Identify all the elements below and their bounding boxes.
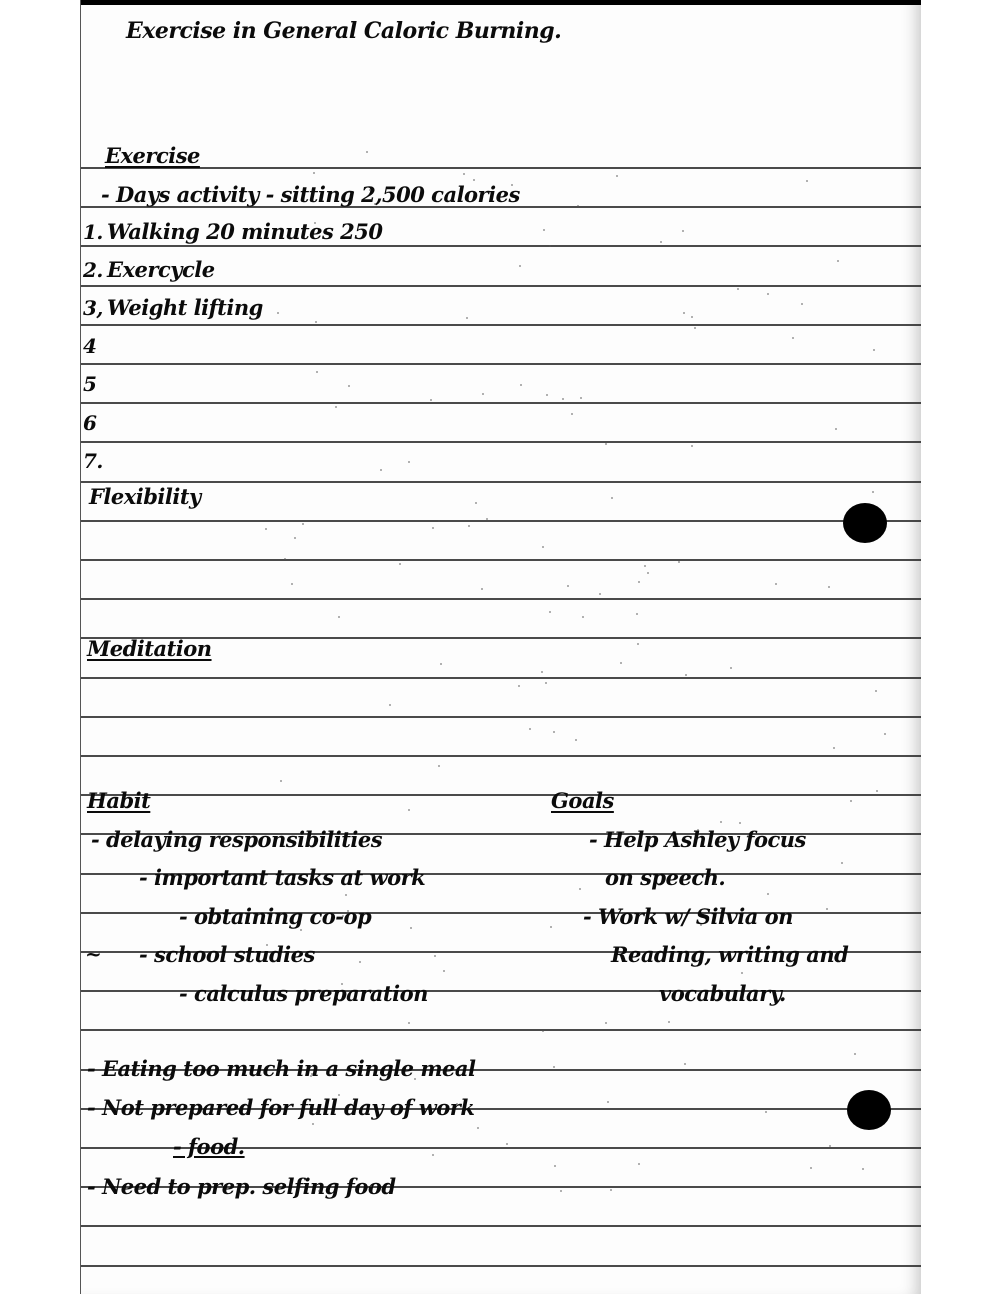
ruled-line [81,245,921,247]
goals-line: - Work w/ Silvia on [583,906,793,927]
speck [408,809,410,811]
speck [473,179,475,181]
speck [582,616,584,618]
speck [829,1145,831,1147]
speck [660,241,662,243]
speck [833,747,835,749]
speck [553,1066,555,1068]
goals-line: on speech. [605,867,725,888]
goals-line: Reading, writing and [611,944,848,965]
speck [475,502,477,504]
ruled-line [81,677,921,679]
speck [438,765,440,767]
speck [730,667,732,669]
speck [873,349,875,351]
page-title: Exercise in General Caloric Burning. [126,20,561,42]
speck [697,829,699,831]
speck [294,537,296,539]
speck [694,327,696,329]
speck [684,1063,686,1065]
ruled-line [81,559,921,561]
speck [691,445,693,447]
speck [835,428,837,430]
speck [700,924,702,926]
speck [884,733,886,735]
ruled-line [81,716,921,718]
speck [440,663,442,665]
speck [300,929,302,931]
exercise-heading: Exercise [105,145,200,166]
speck [683,312,685,314]
daily-activity-line: - Days activity - sitting 2,500 calories [101,184,520,205]
exercise-item-number: 7. [83,451,103,471]
speck [826,908,828,910]
speck [737,288,739,290]
speck [801,303,803,305]
speck [720,821,722,823]
speck [312,1123,314,1125]
speck [434,955,436,957]
speck [837,260,839,262]
speck [607,1101,609,1103]
speck [335,406,337,408]
speck [389,704,391,706]
habit-line: - school studies [139,944,315,965]
speck [620,662,622,664]
exercise-item-weight-lifting: Weight lifting [107,297,263,318]
speck [554,1165,556,1167]
speck [854,1053,856,1055]
speck [560,1190,562,1192]
speck [482,393,484,395]
speck [542,1030,544,1032]
speck [550,926,552,928]
speck [562,398,564,400]
speck [545,682,547,684]
speck [410,927,412,929]
speck [432,527,434,529]
flexibility-heading: Flexibility [89,486,201,507]
ruled-line [81,520,921,522]
speck [685,674,687,676]
speck [542,546,544,548]
exercise-item-number: 2. [83,260,103,280]
speck [610,1189,612,1191]
speck [318,1190,320,1192]
speck [370,1185,372,1187]
exercise-item-number: 6 [83,413,96,433]
speck [747,835,749,837]
speck [456,1103,458,1105]
speck [414,1078,416,1080]
eating-line: - Need to prep. selfing food [87,1176,396,1197]
speck [314,222,316,224]
speck [341,983,343,985]
speck [466,317,468,319]
goals-line: - Help Ashley focus [589,829,806,850]
meditation-heading: Meditation [87,638,212,659]
speck [647,572,649,574]
speck [266,944,268,946]
speck [637,643,639,645]
speck [580,397,582,399]
speck [682,230,684,232]
ruled-line [81,598,921,600]
speck [313,172,315,174]
speck [463,173,465,175]
ruled-line [81,755,921,757]
exercise-item-exercycle: Exercycle [107,259,215,280]
eating-line: - Not prepared for full day of work [87,1097,474,1118]
speck [265,528,267,530]
speck [691,316,693,318]
habit-margin-mark: ~ [85,944,101,964]
notebook-page: Exercise in General Caloric Burning. Exe… [80,0,921,1294]
speck [850,800,852,802]
speck [338,1094,340,1096]
speck [714,883,716,885]
speck [310,1075,312,1077]
scan-top-edge [81,0,921,5]
speck [541,671,543,673]
speck [280,780,282,782]
speck [369,189,371,191]
speck [359,961,361,963]
speck [443,970,445,972]
speck [399,563,401,565]
speck [284,558,286,560]
ruled-line [81,1265,921,1267]
speck [577,205,579,207]
speck [486,518,488,520]
speck [828,586,830,588]
habit-line: - calculus preparation [179,983,428,1004]
speck [342,915,344,917]
speck [605,1022,607,1024]
ruled-line [81,324,921,326]
speck [511,184,513,186]
speck [792,337,794,339]
exercise-item-number: 4 [83,336,96,356]
goals-line: vocabulary. [659,983,786,1004]
speck [876,790,878,792]
goals-heading: Goals [551,790,614,811]
speck [739,822,741,824]
speck [529,728,531,730]
habit-line: - important tasks at work [139,867,425,888]
speck [481,588,483,590]
speck [348,385,350,387]
speck [379,840,381,842]
speck [408,461,410,463]
speck [553,731,555,733]
speck [875,690,877,692]
speck [546,394,548,396]
exercise-item-walking: Walking 20 minutes 250 [107,221,382,242]
speck [520,384,522,386]
eating-line: - Eating too much in a single meal [87,1058,476,1079]
ruled-line [81,363,921,365]
speck [841,862,843,864]
speck [477,1127,479,1129]
speck [430,399,432,401]
speck [432,1154,434,1156]
speck [862,1168,864,1170]
speck [347,910,349,912]
ruled-line [81,481,921,483]
ruled-line [81,1029,921,1031]
speck [291,583,293,585]
ruled-line [81,285,921,287]
speck [277,312,279,314]
speck [380,469,382,471]
speck [611,497,613,499]
speck [519,265,521,267]
ruled-line [81,402,921,404]
speck [302,523,304,525]
ruled-line [81,794,921,796]
habit-heading: Habit [87,790,150,811]
speck [579,888,581,890]
ruled-line [81,441,921,443]
speck [438,520,440,522]
speck [668,1021,670,1023]
speck [345,894,347,896]
speck [636,613,638,615]
speck [616,175,618,177]
speck [644,565,646,567]
speck [549,245,551,247]
speck [506,1143,508,1145]
speck [741,972,743,974]
ruled-line [81,167,921,169]
speck [767,893,769,895]
speck [872,491,874,493]
speck [806,180,808,182]
speck [638,581,640,583]
speck [518,685,520,687]
speck [316,371,318,373]
speck [575,739,577,741]
speck [599,593,601,595]
speck [605,443,607,445]
speck [315,321,317,323]
speck [338,616,340,618]
speck [678,561,680,563]
binder-hole-top [843,503,887,543]
speck [810,1167,812,1169]
speck [468,525,470,527]
ruled-line [81,1225,921,1227]
speck [408,1022,410,1024]
speck [543,229,545,231]
speck [765,1111,767,1113]
speck [366,151,368,153]
speck [549,611,551,613]
habit-line: - delaying responsibilities [91,829,382,850]
speck [775,583,777,585]
binder-hole-bottom [847,1090,891,1130]
eating-line: - food. [173,1136,245,1157]
exercise-item-number: 1. [83,222,103,242]
speck [767,293,769,295]
speck [567,585,569,587]
speck [638,1163,640,1165]
exercise-item-number: 3, [83,298,103,318]
speck [374,203,376,205]
exercise-item-number: 5 [83,374,96,394]
speck [571,413,573,415]
